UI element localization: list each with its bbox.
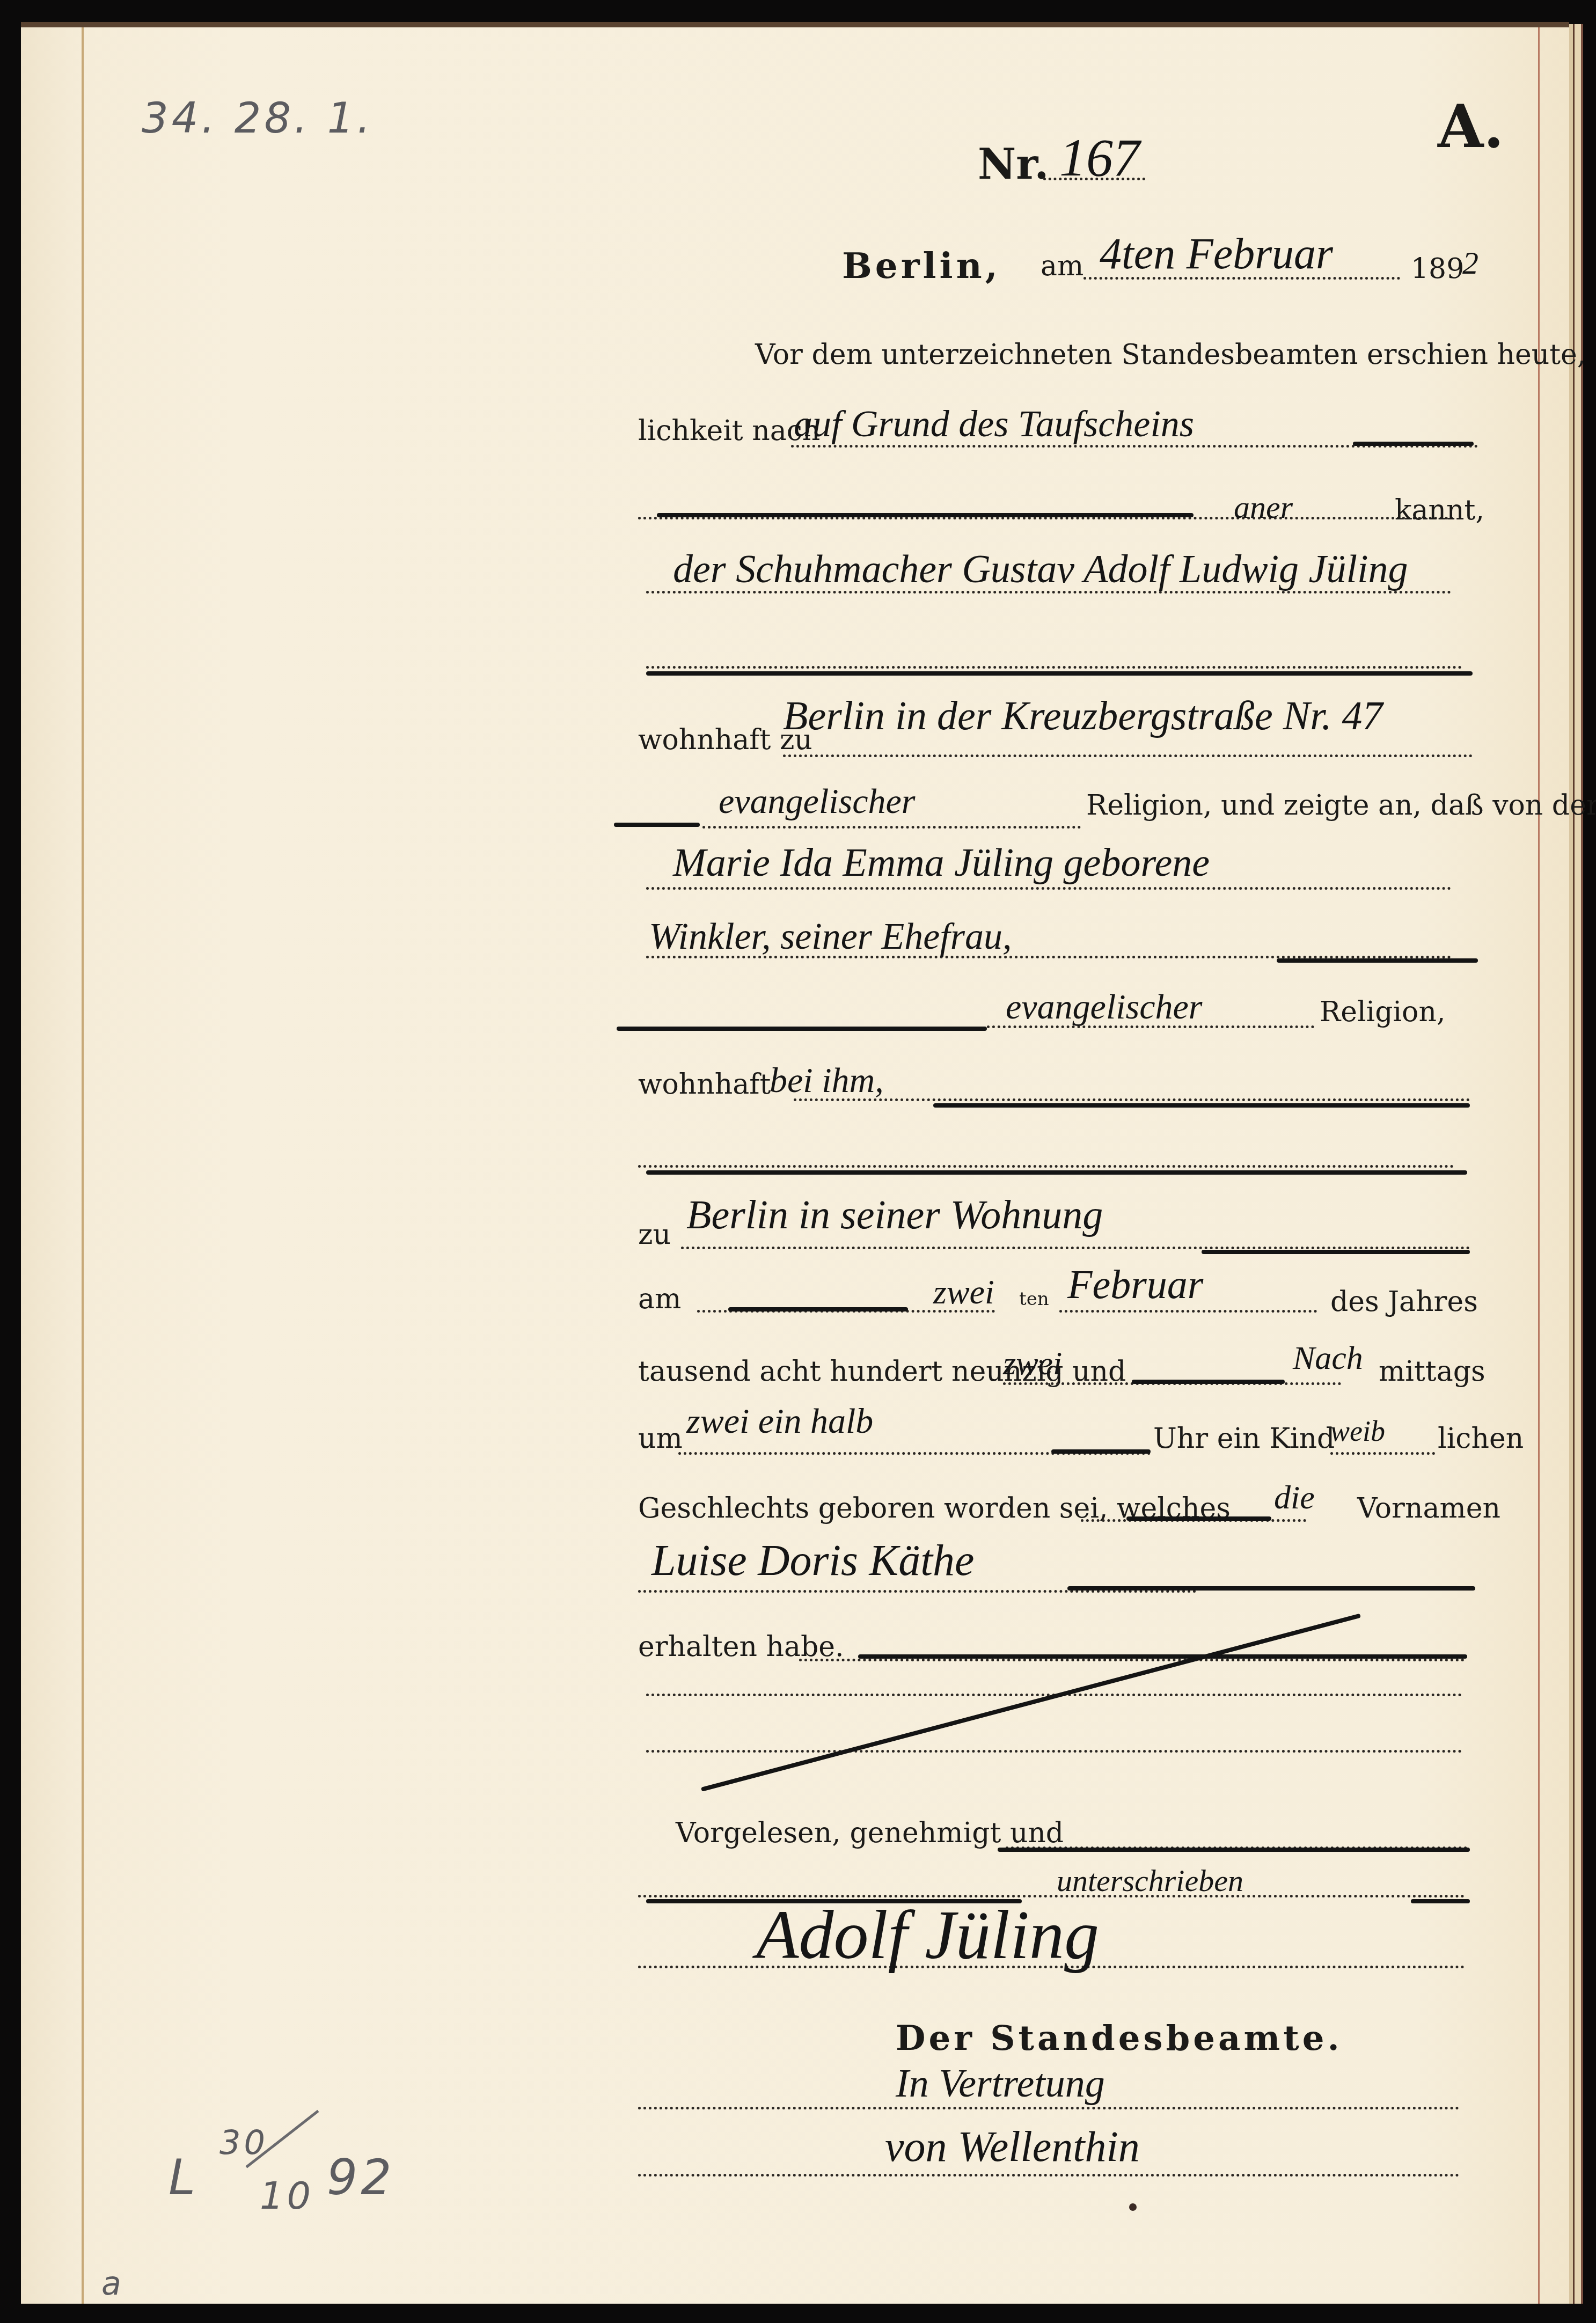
child-given-names: Luise Doris Käthe bbox=[651, 1535, 974, 1586]
informant-residence: Berlin in der Kreuzbergstraße Nr. 47 bbox=[783, 693, 1382, 739]
birth-hour: zwei ein halb bbox=[686, 1401, 873, 1442]
informant-religion: evangelischer bbox=[719, 781, 916, 822]
mother-residence: bei ihm, bbox=[770, 1060, 884, 1101]
pencil-corner-mark: a bbox=[101, 2265, 125, 2303]
signature-rule bbox=[638, 2174, 1459, 2177]
mother-residence-label: wohnhaft bbox=[638, 1068, 771, 1101]
register-letter: A. bbox=[1438, 92, 1504, 161]
filler-stroke bbox=[1353, 442, 1474, 446]
pencil-ref-suffix: 92 bbox=[327, 2150, 395, 2206]
filler-stroke bbox=[728, 1307, 908, 1311]
dotted-rule bbox=[646, 666, 1462, 669]
filler-stroke bbox=[646, 671, 1473, 676]
filler-stroke bbox=[1067, 1586, 1475, 1591]
filler-stroke bbox=[1051, 1449, 1151, 1454]
dotted-rule bbox=[702, 826, 1081, 829]
entry-number-label: Nr. bbox=[978, 140, 1049, 189]
informant-name: der Schuhmacher Gustav Adolf Ludwig Jüli… bbox=[673, 547, 1408, 592]
lichen-label: lichen bbox=[1438, 1423, 1524, 1455]
pencil-ref-prefix: L bbox=[169, 2150, 199, 2206]
article: die bbox=[1274, 1479, 1315, 1517]
filler-stroke bbox=[1202, 1250, 1470, 1254]
birth-year-suffix: zwei bbox=[1003, 1345, 1062, 1383]
known-prefix: aner bbox=[1234, 489, 1293, 526]
text-line-1: Vor dem unterzeichneten Standesbeamten e… bbox=[755, 339, 1596, 371]
text-line-religion-1: Religion, und zeigte an, daß von der bbox=[1086, 789, 1596, 822]
scan-background bbox=[0, 2304, 1596, 2323]
child-sex: weib bbox=[1330, 1415, 1385, 1448]
registrar-title: Der Standesbeamte. bbox=[896, 2018, 1343, 2058]
dotted-rule bbox=[1330, 1452, 1435, 1455]
dotted-rule bbox=[783, 754, 1473, 757]
ink-blot bbox=[1129, 2203, 1137, 2211]
filler-stroke bbox=[858, 1654, 1467, 1659]
filler-stroke bbox=[933, 1103, 1470, 1108]
dotted-rule bbox=[681, 1247, 1470, 1249]
birth-month: Februar bbox=[1067, 1262, 1203, 1308]
birth-half-day: Nach bbox=[1293, 1339, 1363, 1377]
birth-day: zwei bbox=[933, 1272, 994, 1312]
signed-word: unterschrieben bbox=[1057, 1863, 1243, 1899]
year-printed: 189 bbox=[1411, 253, 1464, 285]
registration-date: 4ten Februar bbox=[1100, 229, 1333, 279]
filler-stroke bbox=[1411, 1899, 1470, 1903]
filler-stroke bbox=[1277, 958, 1478, 963]
dotted-rule bbox=[799, 1659, 1465, 1661]
registrar-proxy-note: In Vertretung bbox=[896, 2061, 1105, 2107]
filler-stroke bbox=[998, 1848, 1470, 1852]
register-page: 34. 28. 1. A. Nr. 167 Berlin, am 4ten Fe… bbox=[21, 22, 1569, 2309]
dotted-rule bbox=[646, 887, 1451, 890]
dotted-rule bbox=[794, 1098, 1470, 1101]
known-suffix: kannt, bbox=[1395, 494, 1484, 526]
am-label: am bbox=[1041, 250, 1083, 282]
mother-religion: evangelischer bbox=[1006, 987, 1203, 1028]
pencil-reference-top: 34. 28. 1. bbox=[142, 94, 374, 143]
birthplace-label: zu bbox=[638, 1219, 671, 1251]
signature-rule bbox=[638, 2107, 1459, 2109]
birth-day-label: am bbox=[638, 1283, 681, 1315]
place-heading: Berlin, bbox=[842, 245, 1001, 287]
dotted-rule bbox=[1059, 1310, 1317, 1313]
birthplace: Berlin in seiner Wohnung bbox=[686, 1192, 1103, 1239]
mittags-label: mittags bbox=[1379, 1355, 1485, 1388]
year-label: des Jahres bbox=[1330, 1286, 1478, 1318]
ordinal-suffix: ten bbox=[1019, 1288, 1049, 1310]
filler-stroke bbox=[646, 1170, 1467, 1175]
text-line-religion-2: Religion, bbox=[1320, 996, 1445, 1028]
filler-stroke bbox=[1126, 1516, 1271, 1521]
text-line-2-label: lichkeit nach bbox=[638, 415, 820, 447]
mother-maiden-relation: Winkler, seiner Ehefrau, bbox=[649, 915, 1012, 958]
year-handwritten: 2 bbox=[1462, 245, 1478, 282]
binding-gutter bbox=[82, 27, 84, 2309]
registrar-signature: von Wellenthin bbox=[885, 2123, 1140, 2172]
child-label: Uhr ein Kind bbox=[1153, 1423, 1335, 1455]
filler-stroke bbox=[1132, 1380, 1285, 1384]
filler-stroke bbox=[617, 1027, 987, 1031]
filler-stroke bbox=[657, 513, 1194, 517]
identification-basis: auf Grund des Taufscheins bbox=[794, 403, 1194, 446]
informant-signature: Adolf Jüling bbox=[756, 1895, 1099, 1975]
vorgelesen-label: Vorgelesen, genehmigt und bbox=[676, 1817, 1064, 1849]
entry-number-value: 167 bbox=[1059, 127, 1140, 188]
filler-stroke bbox=[614, 823, 700, 827]
vornamen-label: Vornamen bbox=[1357, 1492, 1500, 1525]
mother-name: Marie Ida Emma Jüling geborene bbox=[673, 840, 1210, 886]
hour-label: um bbox=[638, 1423, 683, 1455]
dotted-rule bbox=[638, 1165, 1454, 1168]
dotted-rule bbox=[646, 1750, 1462, 1753]
erhalten-label: erhalten habe. bbox=[638, 1631, 844, 1663]
pencil-ref-denominator: 10 bbox=[260, 2174, 314, 2218]
